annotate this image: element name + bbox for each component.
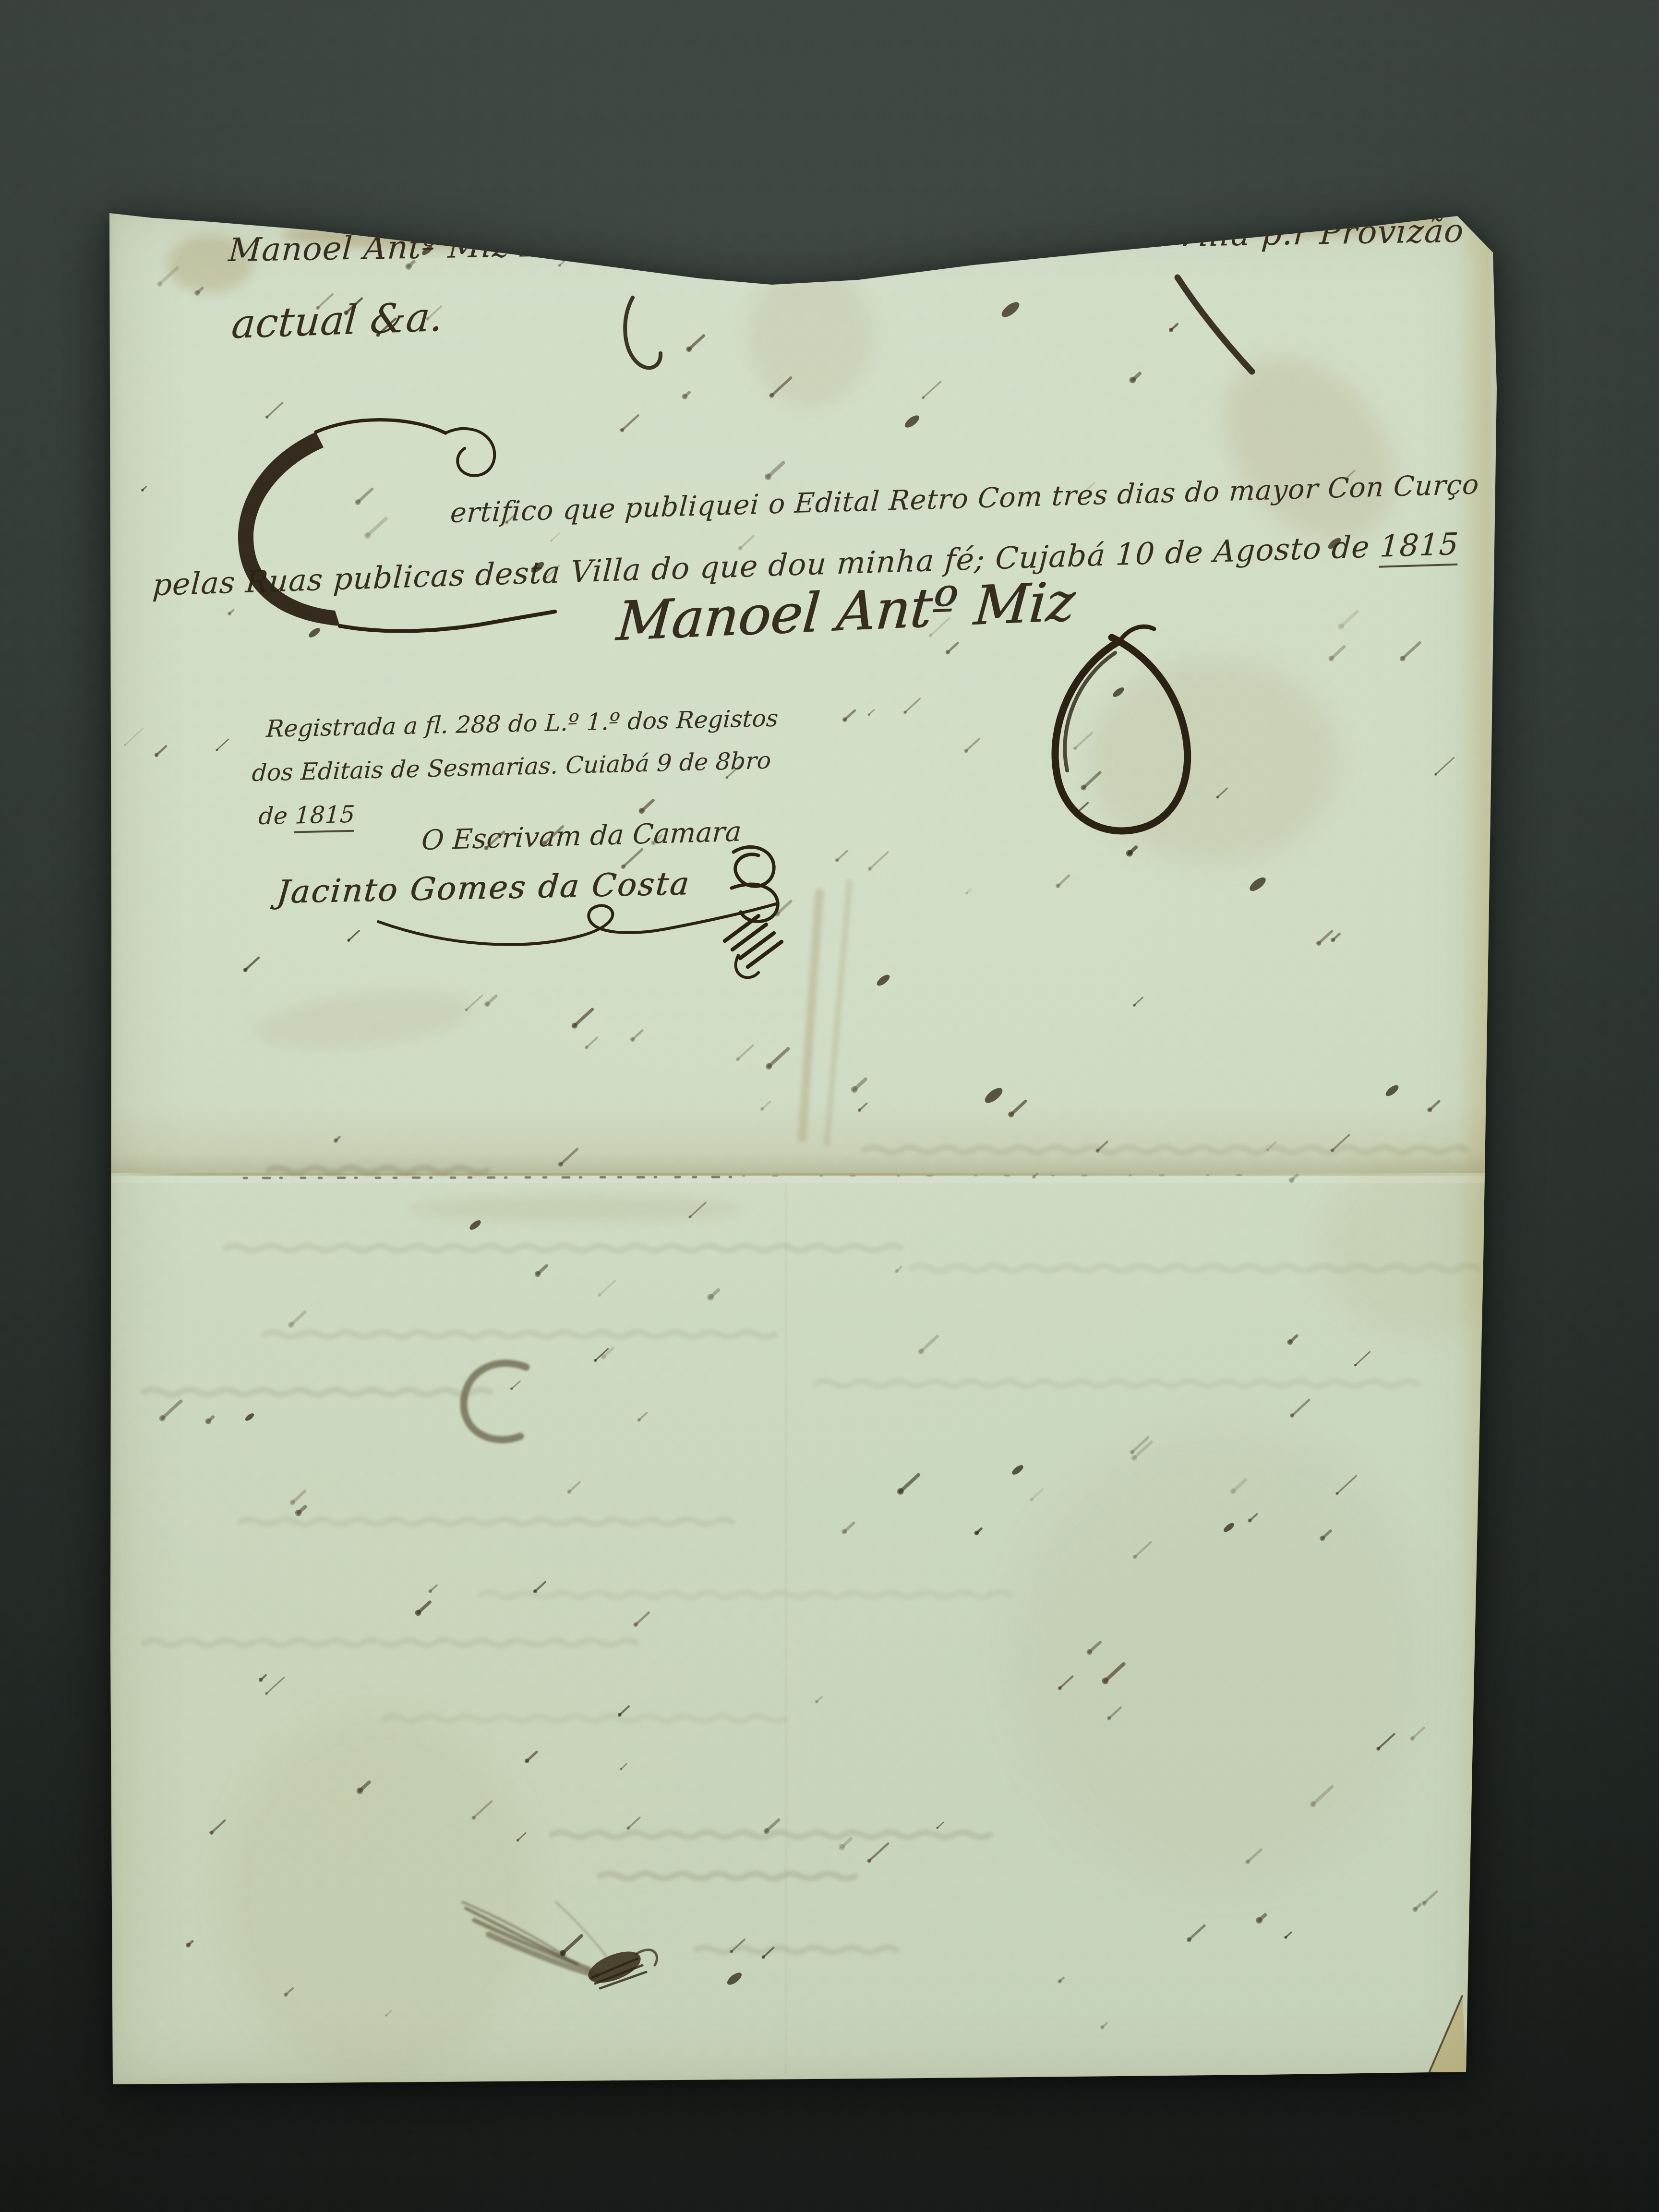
- stain: [748, 264, 873, 408]
- clerk-title: O Escrivam da Camara: [421, 816, 743, 856]
- clerk-rubric-flourish: [725, 847, 781, 977]
- registration-line-3-text: de: [258, 802, 296, 830]
- registration-line-2: dos Editais de Sesmarias. Cuiabá 9 de 8b…: [251, 747, 771, 787]
- stain: [1012, 1426, 1425, 1887]
- fold-highlight: [109, 1176, 1497, 1183]
- c-shaped-smudge: [464, 1363, 526, 1440]
- registration-year: 1815: [294, 801, 356, 833]
- signature-underline-flourish: [378, 903, 778, 945]
- stain: [613, 233, 834, 252]
- certification-year: 1815: [1379, 526, 1460, 567]
- heading-line-1: Manoel Antº Miz Porteiro da Camara e Aud…: [228, 212, 1465, 269]
- registration-line-1: Registrada a fl. 288 do L.º 1.º dos Regi…: [265, 705, 779, 743]
- fold-shadow-band: [109, 1100, 1497, 1173]
- stain: [1089, 658, 1338, 864]
- stain: [407, 1195, 743, 1222]
- heading-descender-stroke: [1178, 277, 1252, 372]
- paper-sheet: Manoel Antº Miz Porteiro da Camara e Aud…: [109, 206, 1497, 2086]
- stain: [252, 982, 477, 1058]
- stain: [1319, 1157, 1521, 1339]
- heading-curl-mark: [625, 298, 661, 368]
- photo-backdrop: Manoel Antº Miz Porteiro da Camara e Aud…: [0, 0, 1659, 2212]
- heading-line-2: actual &a.: [230, 293, 445, 348]
- stain: [225, 1714, 532, 2079]
- registration-line-3: de 1815: [258, 801, 355, 830]
- manuscript-page: Manoel Antº Miz Porteiro da Camara e Aud…: [109, 206, 1497, 2086]
- clerk-signature: Jacinto Gomes da Costa: [276, 865, 692, 911]
- vertical-crease: [785, 1181, 787, 2074]
